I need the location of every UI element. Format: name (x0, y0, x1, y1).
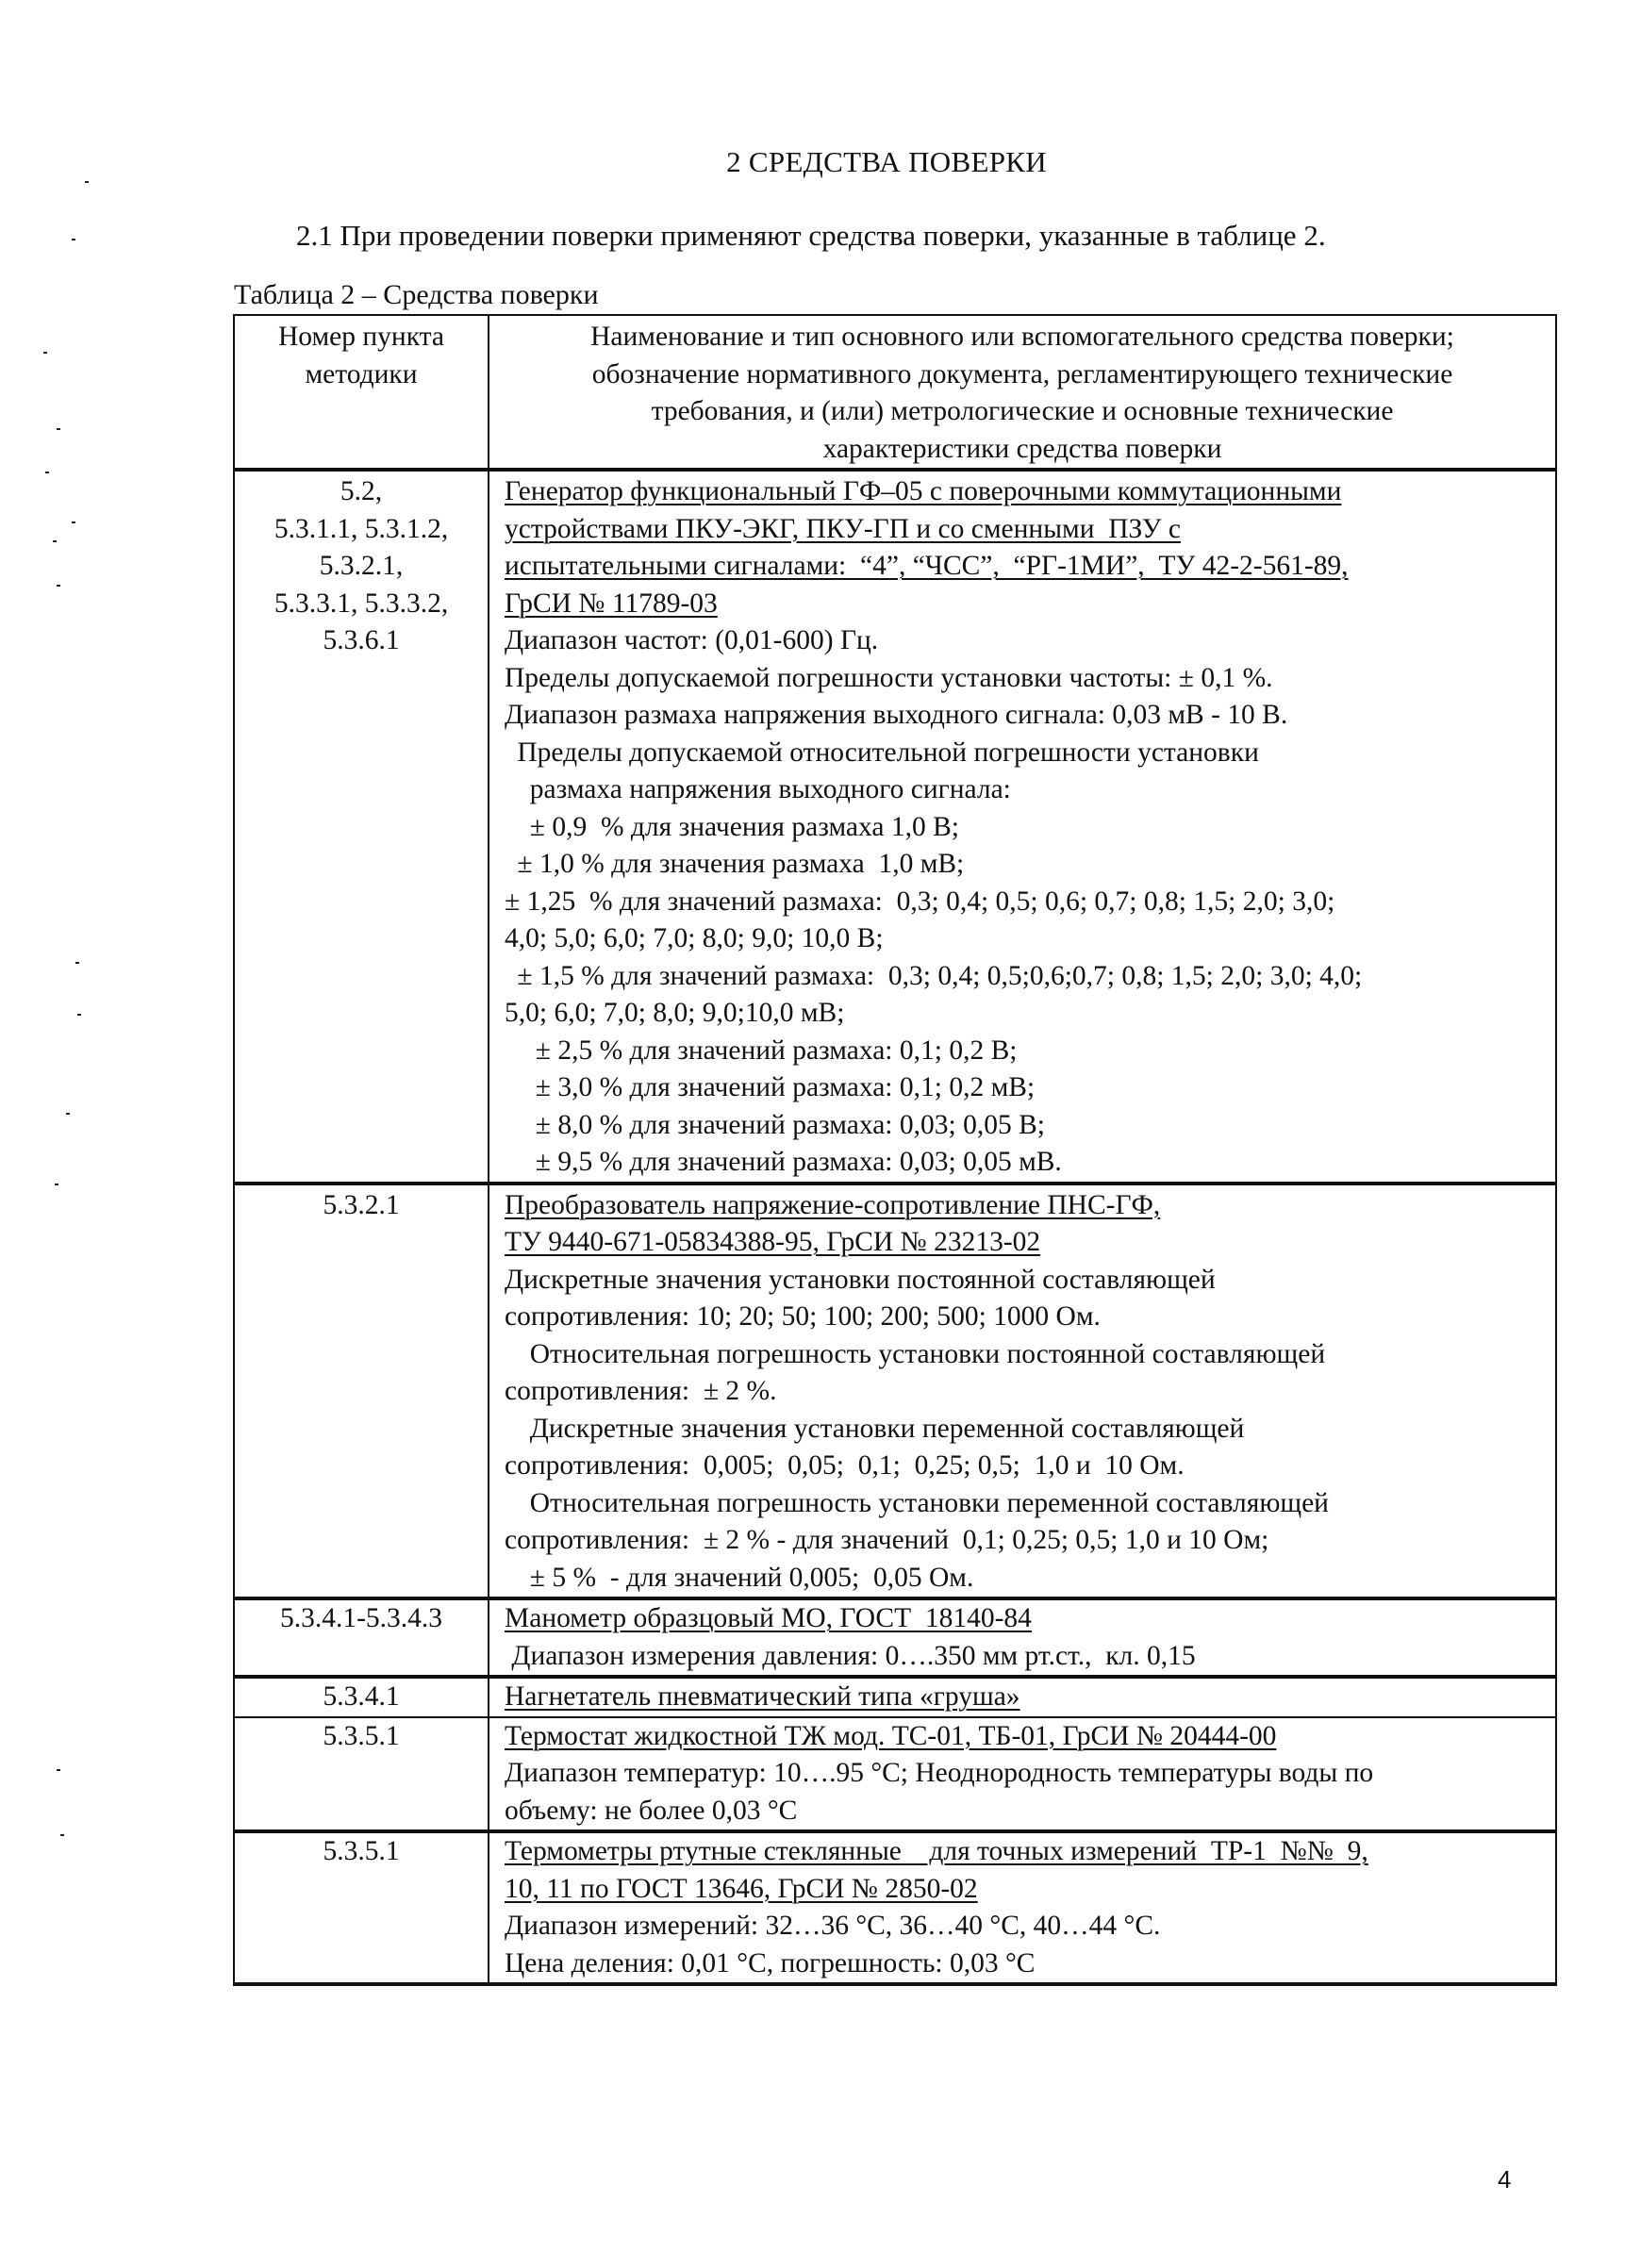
tool-spec: Пределы допускаемой относительной погреш… (505, 735, 1548, 772)
tool-spec: ± 1,5 % для значений размаха: 0,3; 0,4; … (505, 958, 1548, 996)
header-text: требования, и (или) метрологические и ос… (495, 393, 1550, 431)
scan-speck (57, 428, 60, 430)
tool-spec: Пределы допускаемой погрешности установк… (505, 660, 1548, 698)
tool-title: Термостат жидкостной ТЖ мод. ТС-01, ТБ-0… (505, 1721, 1276, 1751)
table-row: 5.3.5.1 Термометры ртутные стеклянные дл… (234, 1831, 1556, 1984)
tool-spec: Дискретные значения установки постоянной… (505, 1262, 1548, 1300)
tool-spec: сопротивления: 10; 20; 50; 100; 200; 500… (505, 1299, 1548, 1336)
clause-number: 5.3.4.1 (235, 1679, 488, 1716)
scan-speck (43, 352, 47, 354)
scan-speck (72, 239, 75, 240)
clause-number-cell: 5.3.5.1 (234, 1717, 489, 1832)
tool-title: Манометр образцовый МО, ГОСТ 18140-84 (505, 1603, 1032, 1633)
intro-paragraph: 2.1 При проведении поверки применяют сре… (296, 219, 1326, 253)
scan-speck (60, 1834, 64, 1836)
section-title: 2 СРЕДСТВА ПОВЕРКИ (0, 145, 1641, 179)
table-row: 5.3.2.1 Преобразователь напряжение-сопро… (234, 1184, 1556, 1599)
tool-description-cell: Нагнетатель пневматический типа «груша» (489, 1677, 1556, 1717)
table-caption: Таблица 2 – Средства поверки (234, 279, 599, 311)
tool-spec: Диапазон измерения давления: 0….350 мм р… (505, 1638, 1548, 1676)
clause-number: 5.3.1.1, 5.3.1.2, (235, 511, 488, 549)
tool-description-cell: Термометры ртутные стеклянные для точных… (489, 1831, 1556, 1984)
tool-spec: сопротивления: ± 2 % - для значений 0,1;… (505, 1522, 1548, 1560)
header-text: Наименование и тип основного или вспомог… (495, 319, 1550, 356)
tool-spec: Диапазон частот: (0,01-600) Гц. (505, 622, 1548, 660)
clause-number: 5.3.6.1 (235, 622, 488, 660)
scan-speck (85, 181, 89, 183)
tool-spec: ± 2,5 % для значений размаха: 0,1; 0,2 В… (505, 1033, 1548, 1070)
scan-speck (57, 585, 60, 587)
header-text: методики (235, 356, 488, 394)
scan-speck (45, 472, 49, 473)
tool-spec: сопротивления: 0,005; 0,05; 0,1; 0,25; 0… (505, 1448, 1548, 1485)
tool-title: Термометры ртутные стеклянные для точных… (505, 1836, 1368, 1866)
tool-title: Преобразователь напряжение-сопротивление… (505, 1190, 1160, 1220)
scan-speck (55, 1184, 58, 1185)
header-text: обозначение нормативного документа, регл… (495, 356, 1550, 394)
tool-description-cell: Термостат жидкостной ТЖ мод. ТС-01, ТБ-0… (489, 1717, 1556, 1832)
tool-title: Генератор функциональный ГФ–05 с повероч… (505, 476, 1341, 506)
tool-spec: Цена деления: 0,01 °С, погрешность: 0,03… (505, 1945, 1548, 1983)
tool-title: ГрСИ № 11789-03 (505, 588, 718, 619)
scan-speck (53, 540, 57, 542)
tool-title: устройствами ПКУ-ЭКГ, ПКУ-ГП и со сменны… (505, 514, 1181, 544)
clause-number: 5.3.2.1 (235, 1187, 488, 1225)
clause-number: 5.3.3.1, 5.3.3.2, (235, 586, 488, 623)
header-clause-number: Номер пункта методики (234, 315, 489, 470)
clause-number-cell: 5.3.5.1 (234, 1831, 489, 1984)
tool-spec: ± 1,0 % для значения размаха 1,0 мВ; (505, 846, 1548, 884)
tool-title: ТУ 9440-671-05834388-95, ГрСИ № 23213-02 (505, 1227, 1040, 1257)
tool-spec: ± 9,5 % для значений размаха: 0,03; 0,05… (505, 1144, 1548, 1182)
tool-description-cell: Генератор функциональный ГФ–05 с повероч… (489, 470, 1556, 1184)
clause-number: 5.3.4.1-5.3.4.3 (235, 1600, 488, 1638)
tool-spec: ± 1,25 % для значений размаха: 0,3; 0,4;… (505, 884, 1548, 921)
scan-speck (57, 1769, 60, 1771)
tool-spec: 4,0; 5,0; 6,0; 7,0; 8,0; 9,0; 10,0 В; (505, 920, 1548, 958)
table-header-row: Номер пункта методики Наименование и тип… (234, 315, 1556, 470)
tool-spec: ± 0,9 % для значения размаха 1,0 В; (505, 809, 1548, 847)
header-text: Номер пункта (235, 319, 488, 356)
table-row: 5.3.4.1 Нагнетатель пневматический типа … (234, 1677, 1556, 1717)
tool-spec: Относительная погрешность установки пост… (505, 1336, 1548, 1374)
clause-number-cell: 5.3.2.1 (234, 1184, 489, 1599)
tool-spec: Диапазон измерений: 32…36 °С, 36…40 °С, … (505, 1908, 1548, 1945)
tool-spec: объему: не более 0,03 °С (505, 1793, 1548, 1830)
clause-number-cell: 5.3.4.1 (234, 1677, 489, 1717)
tool-spec: Относительная погрешность установки пере… (505, 1485, 1548, 1523)
tool-spec: Диапазон температур: 10….95 °С; Неодноро… (505, 1755, 1548, 1793)
scan-speck (77, 1014, 81, 1016)
tool-spec: ± 8,0 % для значений размаха: 0,03; 0,05… (505, 1107, 1548, 1145)
header-tool-description: Наименование и тип основного или вспомог… (489, 315, 1556, 470)
tool-spec: ± 5 % - для значений 0,005; 0,05 Ом. (505, 1560, 1548, 1598)
clause-number-cell: 5.3.4.1-5.3.4.3 (234, 1598, 489, 1677)
page-number: 4 (1498, 2165, 1511, 2194)
clause-number: 5.3.2.1, (235, 548, 488, 586)
tool-spec: ± 3,0 % для значений размаха: 0,1; 0,2 м… (505, 1069, 1548, 1107)
table-row: 5.2, 5.3.1.1, 5.3.1.2, 5.3.2.1, 5.3.3.1,… (234, 470, 1556, 1184)
clause-number: 5.3.5.1 (235, 1833, 488, 1871)
header-text: характеристики средства поверки (495, 431, 1550, 469)
scan-speck (72, 521, 75, 523)
verification-tools-table: Номер пункта методики Наименование и тип… (233, 314, 1557, 1986)
tool-description-cell: Преобразователь напряжение-сопротивление… (489, 1184, 1556, 1599)
tool-spec: Дискретные значения установки переменной… (505, 1411, 1548, 1449)
tool-title: 10, 11 по ГОСТ 13646, ГрСИ № 2850-02 (505, 1874, 978, 1904)
tool-spec: Диапазон размаха напряжения выходного си… (505, 697, 1548, 735)
tool-title: Нагнетатель пневматический типа «груша» (505, 1681, 1020, 1712)
scan-speck (75, 962, 79, 964)
clause-number: 5.2, (235, 473, 488, 511)
tool-description-cell: Манометр образцовый МО, ГОСТ 18140-84 Ди… (489, 1598, 1556, 1677)
clause-number: 5.3.5.1 (235, 1718, 488, 1756)
tool-spec: сопротивления: ± 2 %. (505, 1373, 1548, 1411)
clause-number-cell: 5.2, 5.3.1.1, 5.3.1.2, 5.3.2.1, 5.3.3.1,… (234, 470, 489, 1184)
scan-speck (66, 1113, 70, 1115)
tool-spec: размаха напряжения выходного сигнала: (505, 771, 1548, 809)
tool-spec: 5,0; 6,0; 7,0; 8,0; 9,0;10,0 мВ; (505, 995, 1548, 1033)
table-row: 5.3.4.1-5.3.4.3 Манометр образцовый МО, … (234, 1598, 1556, 1677)
tool-title: испытательными сигналами: “4”, “ЧСС”, “Р… (505, 551, 1349, 581)
table-row: 5.3.5.1 Термостат жидкостной ТЖ мод. ТС-… (234, 1717, 1556, 1832)
